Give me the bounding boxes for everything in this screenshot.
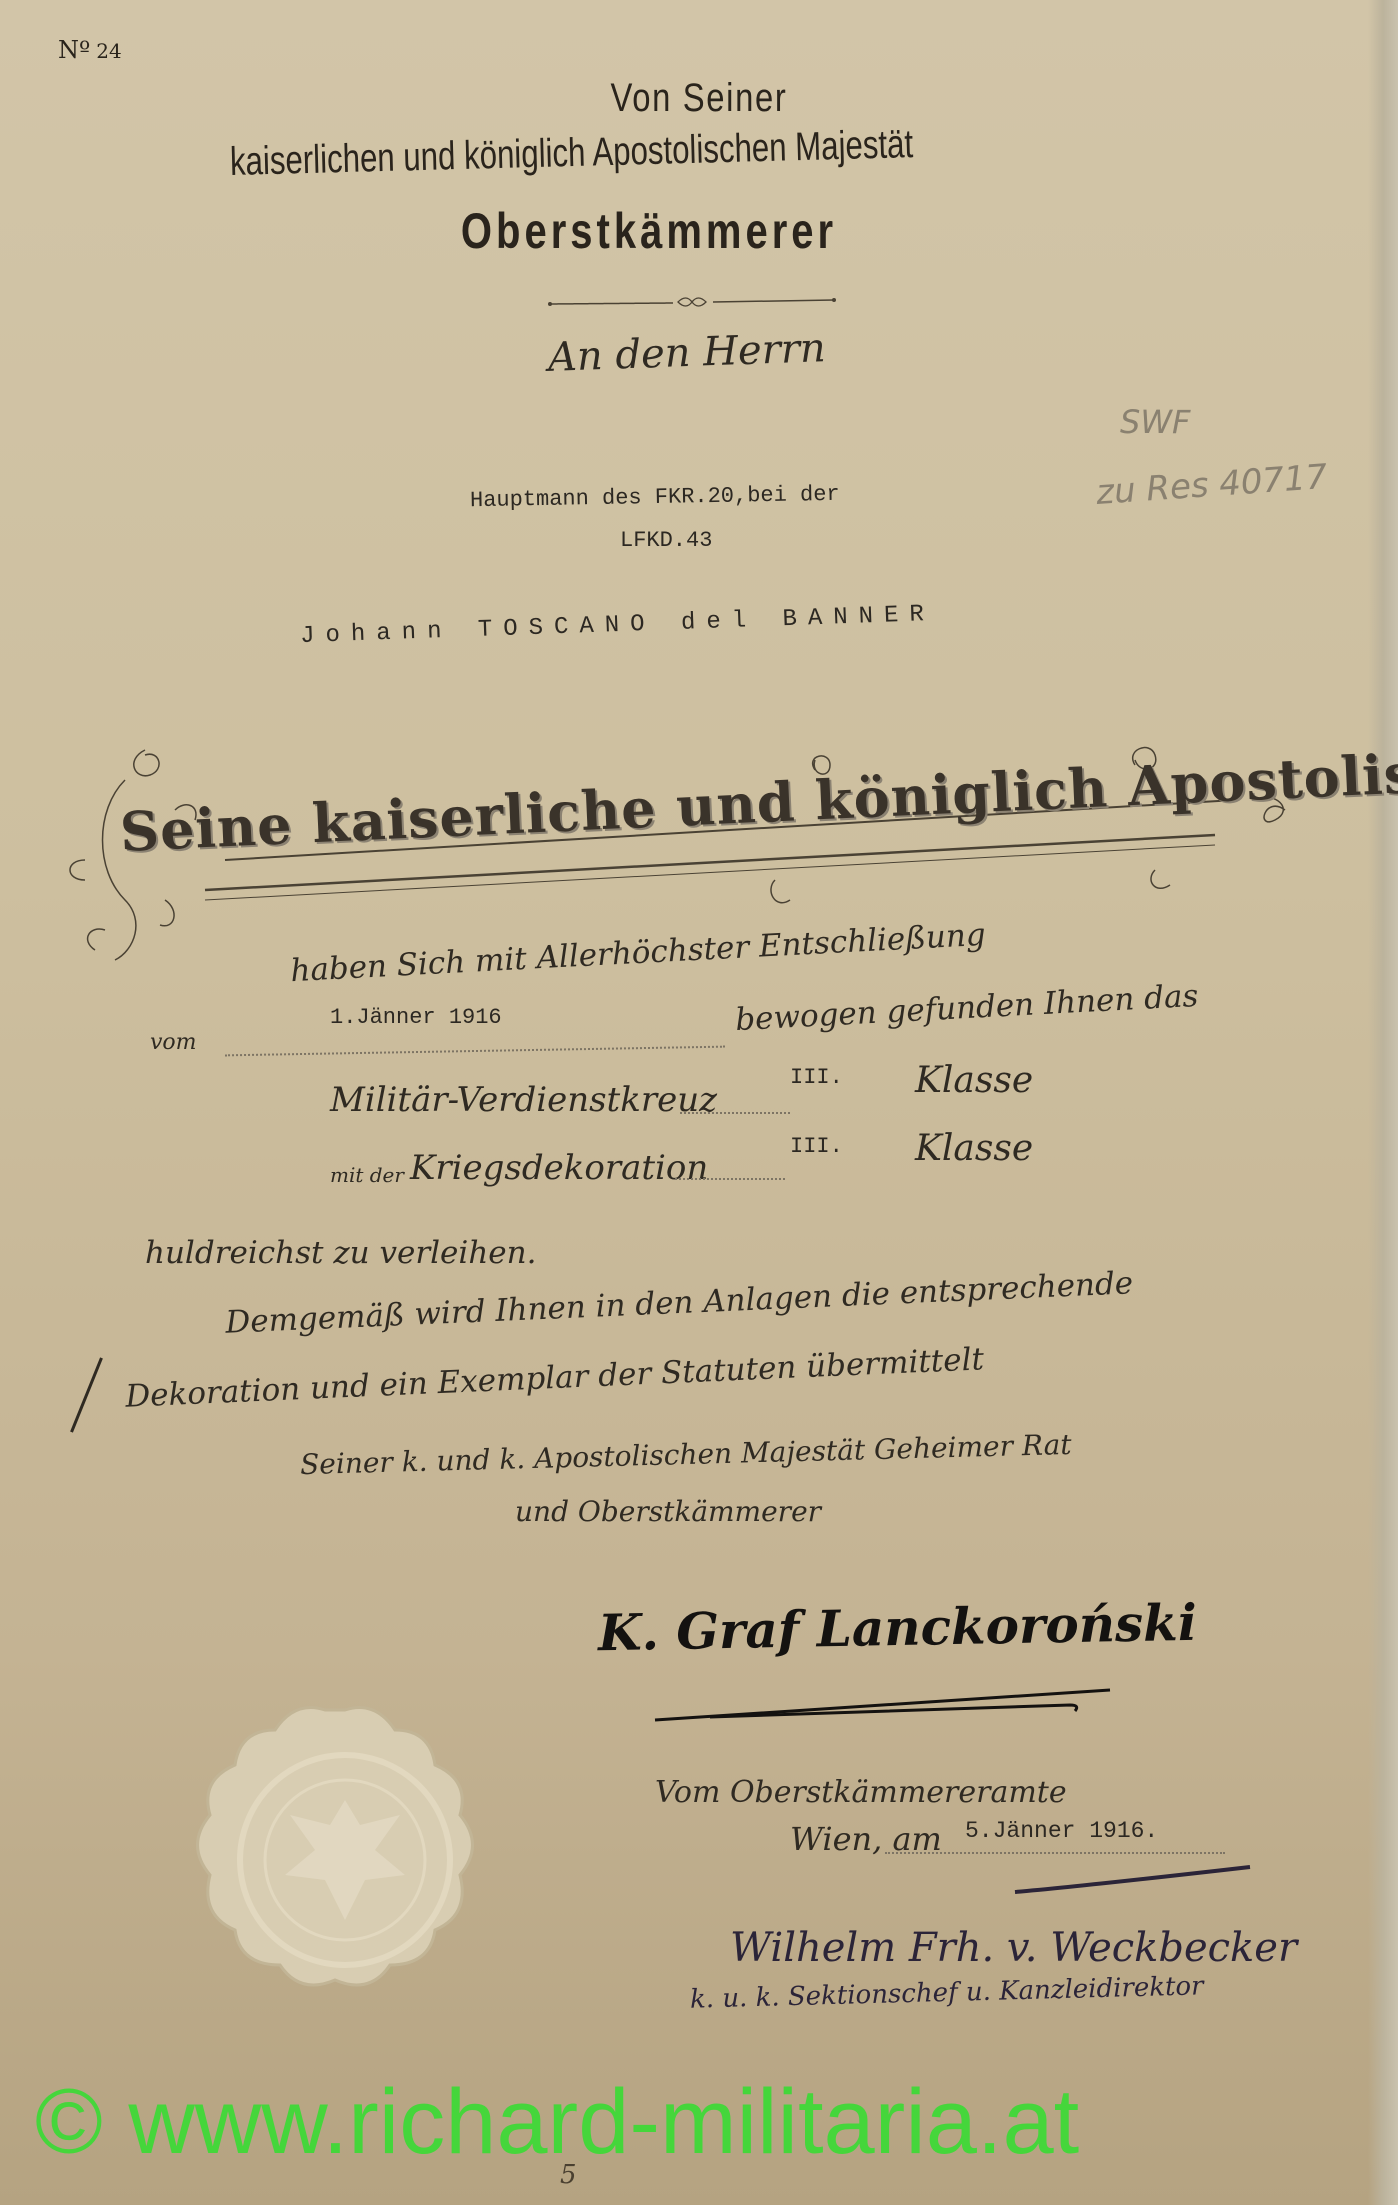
signature-sektionschef: Wilhelm Frh. v. Weckbecker	[730, 1925, 1297, 1971]
resolution-date: 1.Jänner 1916	[330, 1005, 502, 1030]
dotted-fill-line	[885, 1852, 1225, 1854]
document-number: Nº24	[58, 36, 122, 64]
dotted-fill-line	[225, 1046, 725, 1057]
addressee-unit: LFKD.43	[620, 528, 712, 553]
award-name: Kriegsdekoration	[410, 1148, 708, 1188]
pencil-mark: 5	[560, 2160, 577, 2190]
signature-sektionschef-title: k. u. k. Sektionschef u. Kanzleidirektor	[690, 1971, 1204, 2014]
ink-flourish-icon	[1010, 1862, 1260, 1902]
vom-label: vom	[150, 1030, 197, 1055]
header-line-1: Von Seiner	[126, 76, 1272, 121]
paragraph-2-line-2: Dekoration und ein Exemplar der Statuten…	[125, 1341, 985, 1414]
margin-slash-mark	[70, 1357, 103, 1432]
pencil-note: zu Res 40717	[1095, 457, 1329, 513]
ornament-divider-icon	[548, 292, 838, 312]
dotted-fill-line	[680, 1112, 790, 1114]
pencil-note: SWF	[1120, 403, 1190, 441]
header-title: Oberstkämmerer	[90, 202, 1208, 260]
header-line-2: kaiserlichen und königlich Apostolischen…	[229, 122, 913, 185]
addressee-name: Johann TOSCANO del BANNER	[300, 601, 936, 650]
award-class-word: Klasse	[915, 1060, 1033, 1101]
signature-underline-icon	[650, 1685, 1120, 1725]
issue-date: 5.Jänner 1916.	[965, 1818, 1158, 1844]
award-name: Militär-Verdienstkreuz	[330, 1080, 717, 1120]
copyright-watermark: © www.richard-militaria.at	[35, 2070, 1079, 2175]
number-label: Nº	[58, 36, 90, 64]
dotted-fill-line	[675, 1178, 785, 1180]
salutation: An den Herrn	[547, 325, 826, 381]
award-class-numeral: III.	[790, 1134, 843, 1159]
award-class-numeral: III.	[790, 1065, 843, 1090]
award-prefix: mit der	[330, 1163, 404, 1187]
office-line: Vom Oberstkämmereramte	[655, 1775, 1067, 1810]
paragraph-2-line-1: Demgemäß wird Ihnen in den Anlagen die e…	[225, 1265, 1134, 1341]
number-value: 24	[96, 39, 121, 63]
addressee-rank: Hauptmann des FKR.20,bei der	[470, 482, 840, 513]
signature-oberstkaemmerer: K. Graf Lanckoroński	[598, 1593, 1198, 1662]
council-title-line-2: und Oberstkämmerer	[515, 1495, 821, 1528]
bestow-line: huldreichst zu verleihen.	[145, 1235, 536, 1271]
award-class-word: Klasse	[915, 1128, 1033, 1169]
council-title-line-1: Seiner k. und k. Apostolischen Majestät …	[300, 1428, 1072, 1481]
paper-edge	[1368, 0, 1398, 2205]
embossed-seal-icon	[180, 1690, 510, 2020]
resolution-continuation: bewogen gefunden Ihnen das	[734, 978, 1199, 1038]
